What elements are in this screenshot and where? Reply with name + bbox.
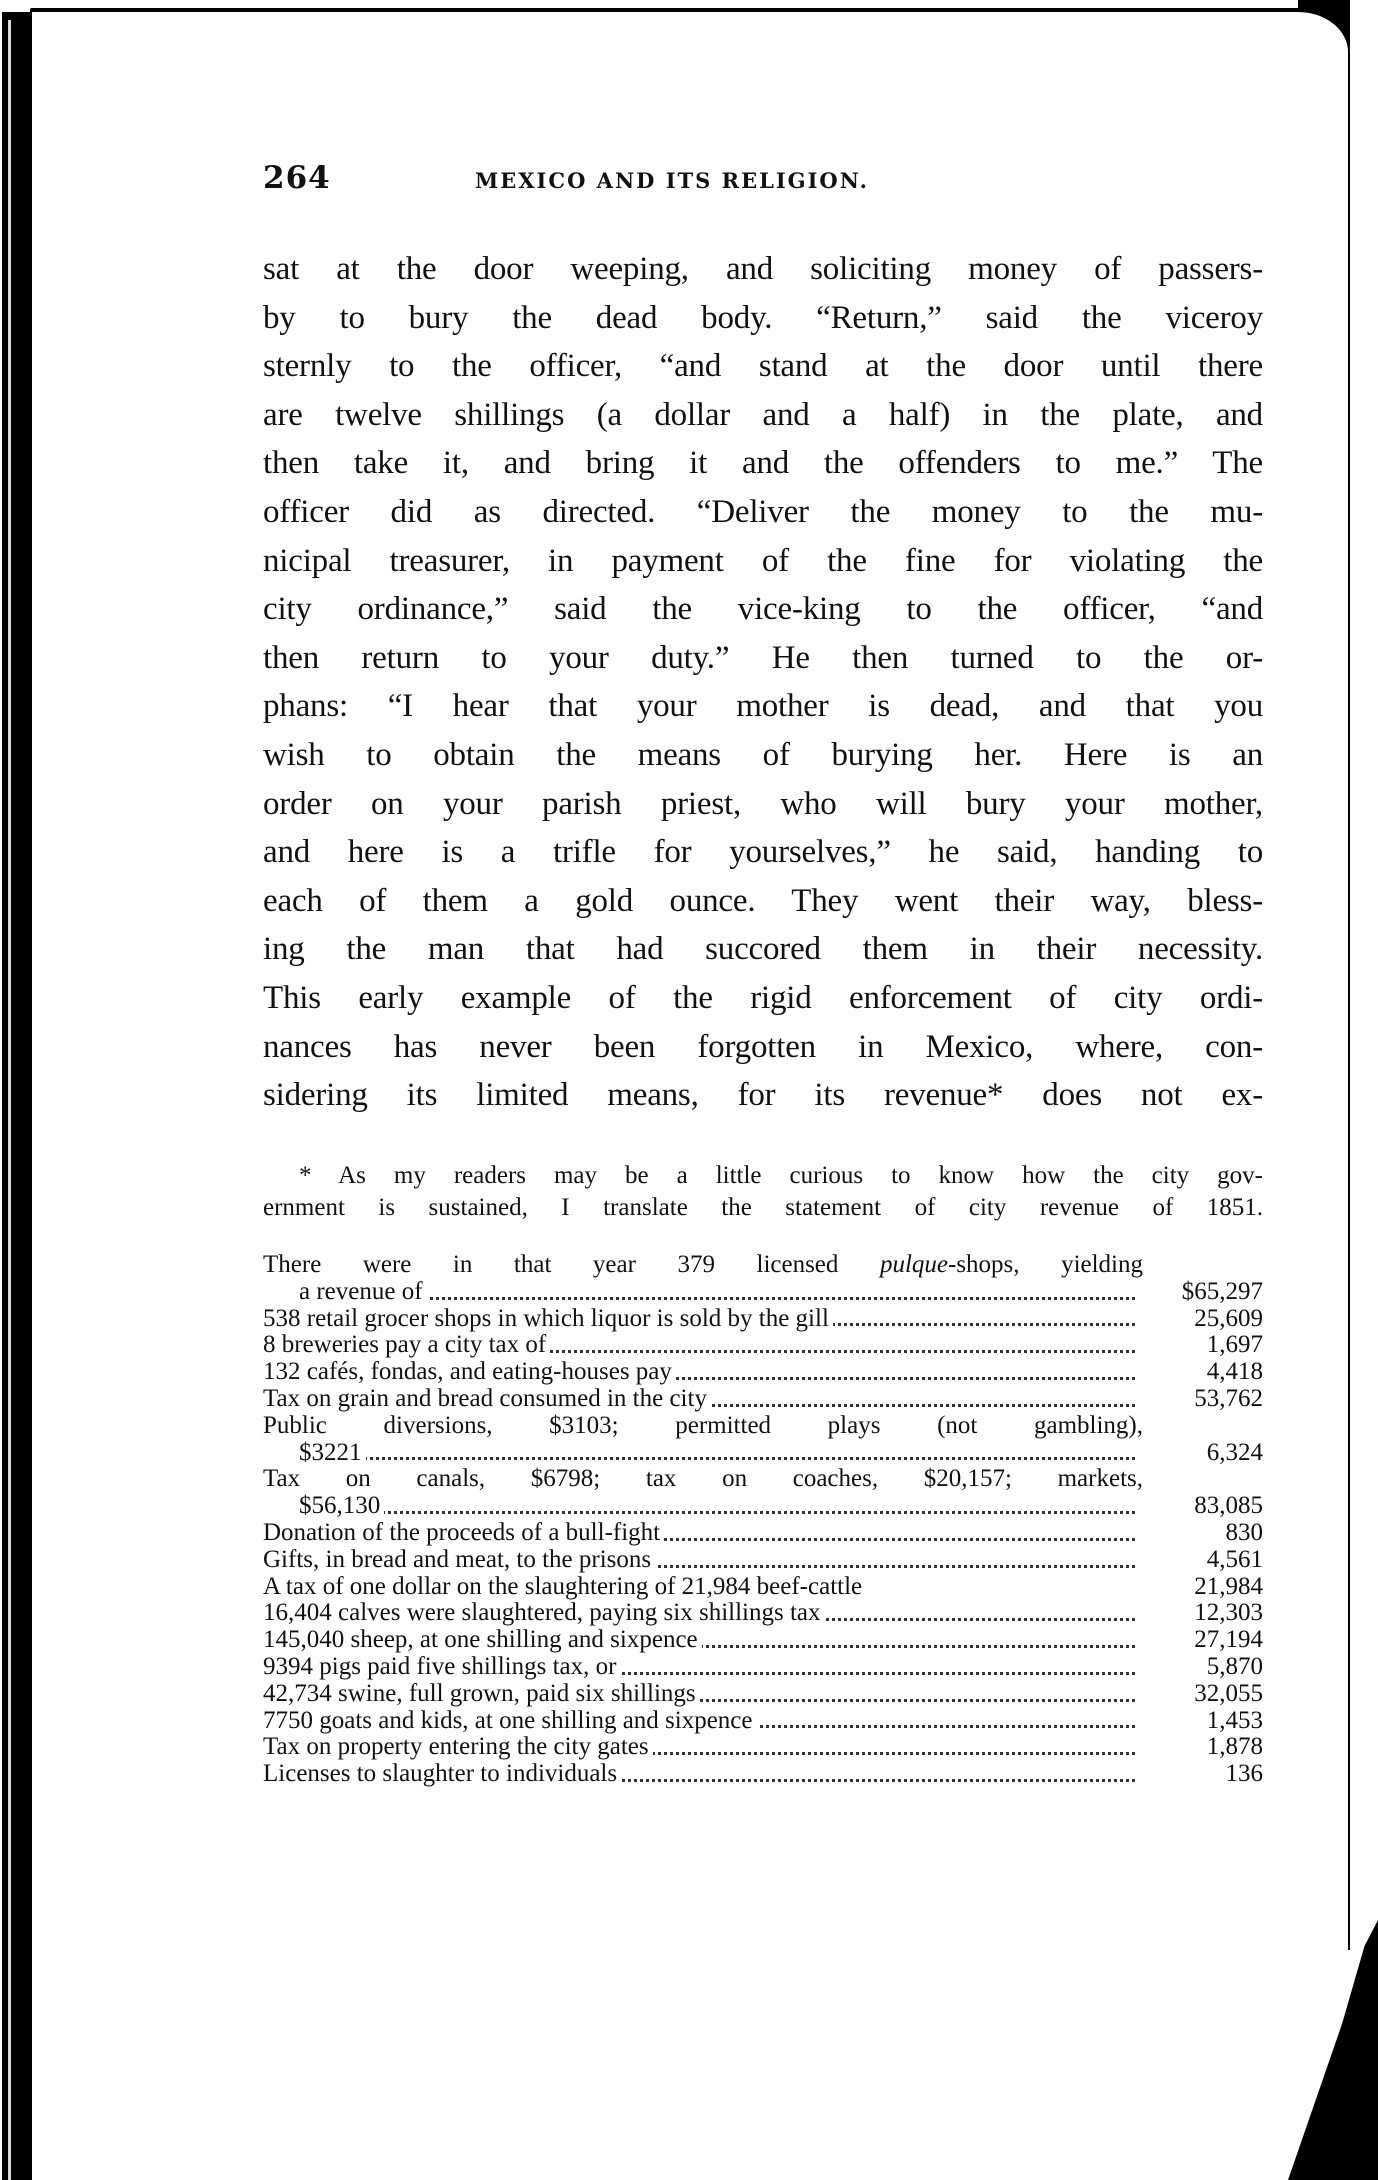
revenue-value: 53,762	[1143, 1386, 1263, 1413]
revenue-label-text: 132 cafés, fondas, and eating-houses pay	[263, 1359, 676, 1385]
revenue-row: 7750 goats and kids, at one shilling and…	[263, 1708, 1263, 1735]
body-line: officer did as directed. “Deliver the mo…	[263, 488, 1263, 537]
revenue-value: 4,561	[1143, 1547, 1263, 1574]
body-line: ing the man that had succored them in th…	[263, 925, 1263, 974]
footnote-line: ernment is sustained, I translate the st…	[263, 1192, 1263, 1224]
revenue-label-text: Tax on canals, $6798; tax on coaches, $2…	[263, 1466, 1143, 1493]
running-head: 264 MEXICO AND ITS RELIGION.	[263, 160, 1263, 200]
revenue-value: 830	[1143, 1520, 1263, 1547]
revenue-row: Tax on canals, $6798; tax on coaches, $2…	[263, 1466, 1263, 1493]
revenue-label-text: Tax on property entering the city gates	[263, 1734, 653, 1760]
revenue-row: a revenue of$65,297	[263, 1279, 1263, 1306]
revenue-value: 32,055	[1143, 1681, 1263, 1708]
revenue-label-text: A tax of one dollar on the slaughtering …	[263, 1574, 866, 1600]
body-line: city ordinance,” said the vice-king to t…	[263, 585, 1263, 634]
revenue-row: Tax on property entering the city gates1…	[263, 1734, 1263, 1761]
body-line: then return to your duty.” He then turne…	[263, 634, 1263, 683]
footnote: * As my readers may be a little curious …	[263, 1160, 1263, 1224]
revenue-label-text: 7750 goats and kids, at one shilling and…	[263, 1708, 757, 1734]
body-line: nances has never been forgotten in Mexic…	[263, 1023, 1263, 1072]
revenue-value: 27,194	[1143, 1627, 1263, 1654]
body-line: sternly to the officer, “and stand at th…	[263, 342, 1263, 391]
body-line: are twelve shillings (a dollar and a hal…	[263, 391, 1263, 440]
revenue-label-text: 145,040 sheep, at one shilling and sixpe…	[263, 1627, 702, 1653]
revenue-label: 538 retail grocer shops in which liquor …	[263, 1306, 1143, 1333]
body-line: sidering its limited means, for its reve…	[263, 1071, 1263, 1120]
revenue-label: 42,734 swine, full grown, paid six shill…	[263, 1681, 1143, 1708]
revenue-row: Donation of the proceeds of a bull-fight…	[263, 1520, 1263, 1547]
revenue-label-text: Donation of the proceeds of a bull-fight	[263, 1520, 664, 1546]
revenue-label: a revenue of	[299, 1279, 1143, 1306]
revenue-label: Licenses to slaughter to individuals	[263, 1761, 1143, 1788]
footnote-line: * As my readers may be a little curious …	[263, 1160, 1263, 1192]
dot-leader	[299, 1511, 1135, 1514]
revenue-row: 132 cafés, fondas, and eating-houses pay…	[263, 1359, 1263, 1386]
revenue-label-text: Gifts, in bread and meat, to the prisons	[263, 1547, 655, 1573]
revenue-label: Tax on property entering the city gates	[263, 1734, 1143, 1761]
revenue-row: 145,040 sheep, at one shilling and sixpe…	[263, 1627, 1263, 1654]
revenue-row: $32216,324	[263, 1440, 1263, 1467]
revenue-label-text: Licenses to slaughter to individuals	[263, 1761, 621, 1787]
page-number: 264	[263, 160, 331, 196]
revenue-value: 136	[1143, 1761, 1263, 1788]
revenue-label: Gifts, in bread and meat, to the prisons	[263, 1547, 1143, 1574]
revenue-table: There were in that year 379 licensed pul…	[263, 1252, 1263, 1788]
body-line: then take it, and bring it and the offen…	[263, 439, 1263, 488]
revenue-value: 4,418	[1143, 1359, 1263, 1386]
revenue-label: 9394 pigs paid five shillings tax, or	[263, 1654, 1143, 1681]
revenue-row: 42,734 swine, full grown, paid six shill…	[263, 1681, 1263, 1708]
revenue-label: 8 breweries pay a city tax of	[263, 1332, 1143, 1359]
body-line: order on your parish priest, who will bu…	[263, 780, 1263, 829]
body-line: wish to obtain the means of burying her.…	[263, 731, 1263, 780]
revenue-label: $56,130	[299, 1493, 1143, 1520]
revenue-label: 7750 goats and kids, at one shilling and…	[263, 1708, 1143, 1735]
revenue-value: 1,697	[1143, 1332, 1263, 1359]
revenue-label-text: There were in that year 379 licensed pul…	[263, 1252, 1143, 1279]
revenue-row: Licenses to slaughter to individuals136	[263, 1761, 1263, 1788]
revenue-label: Donation of the proceeds of a bull-fight	[263, 1520, 1143, 1547]
dot-leader	[299, 1457, 1135, 1460]
revenue-label-text: 16,404 calves were slaughtered, paying s…	[263, 1600, 825, 1626]
revenue-label-text: 9394 pigs paid five shillings tax, or	[263, 1654, 620, 1680]
revenue-row: 8 breweries pay a city tax of1,697	[263, 1332, 1263, 1359]
revenue-value: 21,984	[1143, 1574, 1263, 1601]
revenue-label-text: $3221	[299, 1440, 366, 1466]
revenue-label: Public diversions, $3103; permitted play…	[263, 1413, 1143, 1440]
revenue-label-text: 8 breweries pay a city tax of	[263, 1332, 550, 1358]
revenue-value: 1,453	[1143, 1708, 1263, 1735]
body-line: and here is a trifle for yourselves,” he…	[263, 828, 1263, 877]
body-line: nicipal treasurer, in payment of the fin…	[263, 537, 1263, 586]
revenue-value: 1,878	[1143, 1734, 1263, 1761]
revenue-row: Tax on grain and bread consumed in the c…	[263, 1386, 1263, 1413]
revenue-value: 5,870	[1143, 1654, 1263, 1681]
revenue-row: Public diversions, $3103; permitted play…	[263, 1413, 1263, 1440]
body-text: sat at the door weeping, and soliciting …	[263, 245, 1263, 1120]
revenue-label: 145,040 sheep, at one shilling and sixpe…	[263, 1627, 1143, 1654]
body-line: each of them a gold ounce. They went the…	[263, 877, 1263, 926]
body-line: sat at the door weeping, and soliciting …	[263, 245, 1263, 294]
body-line: phans: “I hear that your mother is dead,…	[263, 682, 1263, 731]
revenue-label-text: Public diversions, $3103; permitted play…	[263, 1413, 1143, 1440]
revenue-label-text: 42,734 swine, full grown, paid six shill…	[263, 1681, 700, 1707]
body-line: by to bury the dead body. “Return,” said…	[263, 294, 1263, 343]
revenue-row: There were in that year 379 licensed pul…	[263, 1252, 1263, 1279]
revenue-label-text: a revenue of	[299, 1279, 427, 1305]
revenue-label: 132 cafés, fondas, and eating-houses pay	[263, 1359, 1143, 1386]
body-line: This early example of the rigid enforcem…	[263, 974, 1263, 1023]
scan-edge-gap	[8, 20, 11, 2180]
revenue-label-text: 538 retail grocer shops in which liquor …	[263, 1306, 833, 1332]
revenue-label: $3221	[299, 1440, 1143, 1467]
revenue-value: $65,297	[1143, 1279, 1263, 1306]
revenue-row: 9394 pigs paid five shillings tax, or5,8…	[263, 1654, 1263, 1681]
revenue-value: 83,085	[1143, 1493, 1263, 1520]
revenue-value: 25,609	[1143, 1306, 1263, 1333]
revenue-label: There were in that year 379 licensed pul…	[263, 1252, 1143, 1279]
revenue-label: A tax of one dollar on the slaughtering …	[263, 1574, 1143, 1601]
revenue-value: 12,303	[1143, 1600, 1263, 1627]
revenue-label-text: $56,130	[299, 1493, 384, 1519]
revenue-label: 16,404 calves were slaughtered, paying s…	[263, 1600, 1143, 1627]
revenue-label: Tax on canals, $6798; tax on coaches, $2…	[263, 1466, 1143, 1493]
revenue-row: $56,13083,085	[263, 1493, 1263, 1520]
revenue-label-text: Tax on grain and bread consumed in the c…	[263, 1386, 711, 1412]
revenue-row: Gifts, in bread and meat, to the prisons…	[263, 1547, 1263, 1574]
scan-edge-left-inner	[16, 12, 32, 2180]
revenue-label: Tax on grain and bread consumed in the c…	[263, 1386, 1143, 1413]
revenue-value: 6,324	[1143, 1440, 1263, 1467]
running-title: MEXICO AND ITS RELIGION.	[475, 168, 869, 193]
revenue-row: A tax of one dollar on the slaughtering …	[263, 1574, 1263, 1601]
revenue-row: 16,404 calves were slaughtered, paying s…	[263, 1600, 1263, 1627]
revenue-row: 538 retail grocer shops in which liquor …	[263, 1306, 1263, 1333]
